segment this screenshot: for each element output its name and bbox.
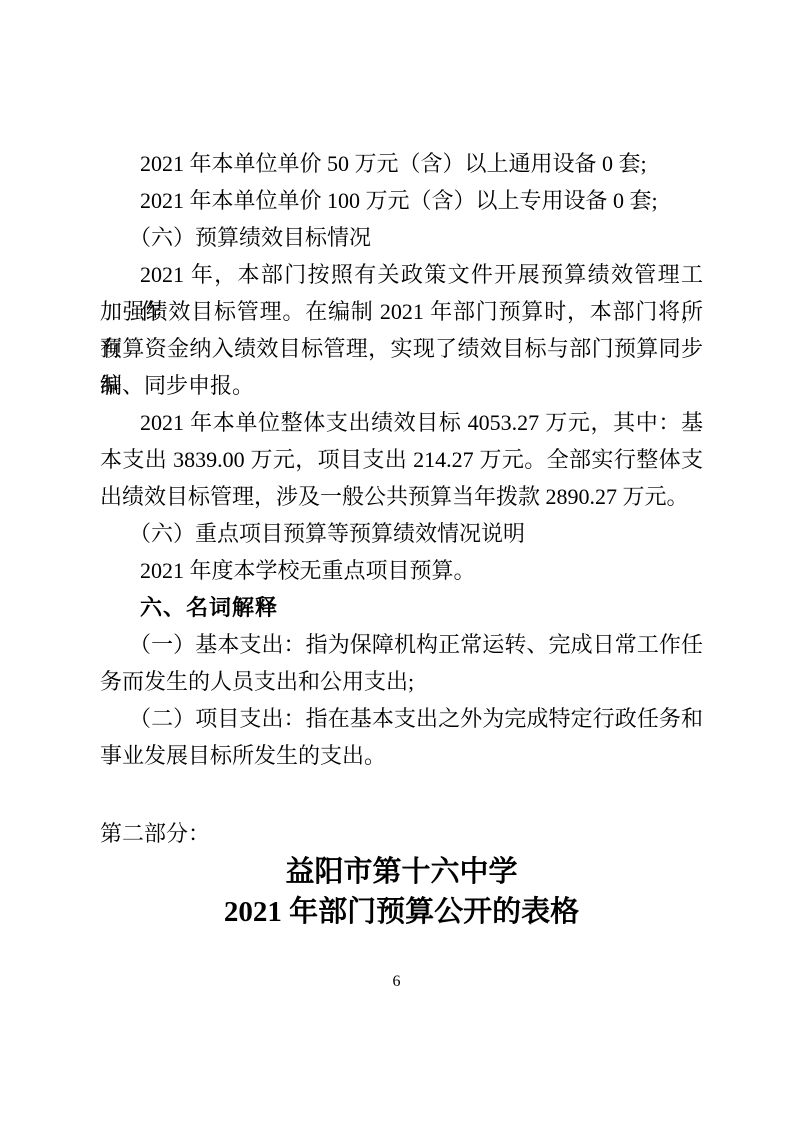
section-label: 第二部分： [100, 815, 703, 852]
body-line: 2021 年，本部门按照有关政策文件开展预算绩效管理工作， [100, 256, 703, 293]
body-line: 2021 年本单位整体支出绩效目标 4053.27 万元，其中：基 [100, 404, 703, 441]
body-line: （一）基本支出：指为保障机构正常运转、完成日常工作任 [100, 626, 703, 663]
document-content: 2021 年本单位单价 50 万元（含）以上通用设备 0 套;2021 年本单位… [100, 145, 703, 932]
body-line: 制、同步申报。 [100, 367, 703, 404]
body-line: 2021 年度本学校无重点项目预算。 [100, 552, 703, 589]
body-text-block: 2021 年本单位单价 50 万元（含）以上通用设备 0 套;2021 年本单位… [100, 145, 703, 774]
body-line: 出绩效目标管理，涉及一般公共预算当年拨款 2890.27 万元。 [100, 478, 703, 515]
body-line: 务而发生的人员支出和公用支出; [100, 663, 703, 700]
body-line: 事业发展目标所发生的支出。 [100, 737, 703, 774]
body-line: 2021 年本单位单价 50 万元（含）以上通用设备 0 套; [100, 145, 703, 182]
document-page: 2021 年本单位单价 50 万元（含）以上通用设备 0 套;2021 年本单位… [0, 0, 793, 1122]
body-line: 加强绩效目标管理。在编制 2021 年部门预算时，本部门将所有 [100, 293, 703, 330]
document-title-line2: 2021 年部门预算公开的表格 [100, 892, 703, 932]
body-line: （六）预算绩效目标情况 [100, 219, 703, 256]
body-line: 2021 年本单位单价 100 万元（含）以上专用设备 0 套; [100, 182, 703, 219]
body-line: （六）重点项目预算等预算绩效情况说明 [100, 515, 703, 552]
body-line: （二）项目支出：指在基本支出之外为完成特定行政任务和 [100, 700, 703, 737]
document-title-line1: 益阳市第十六中学 [100, 852, 703, 892]
page-number: 6 [0, 973, 793, 991]
body-line: 本支出 3839.00 万元，项目支出 214.27 万元。全部实行整体支 [100, 441, 703, 478]
body-line: 预算资金纳入绩效目标管理，实现了绩效目标与部门预算同步编 [100, 330, 703, 367]
section-heading: 六、名词解释 [100, 589, 703, 626]
